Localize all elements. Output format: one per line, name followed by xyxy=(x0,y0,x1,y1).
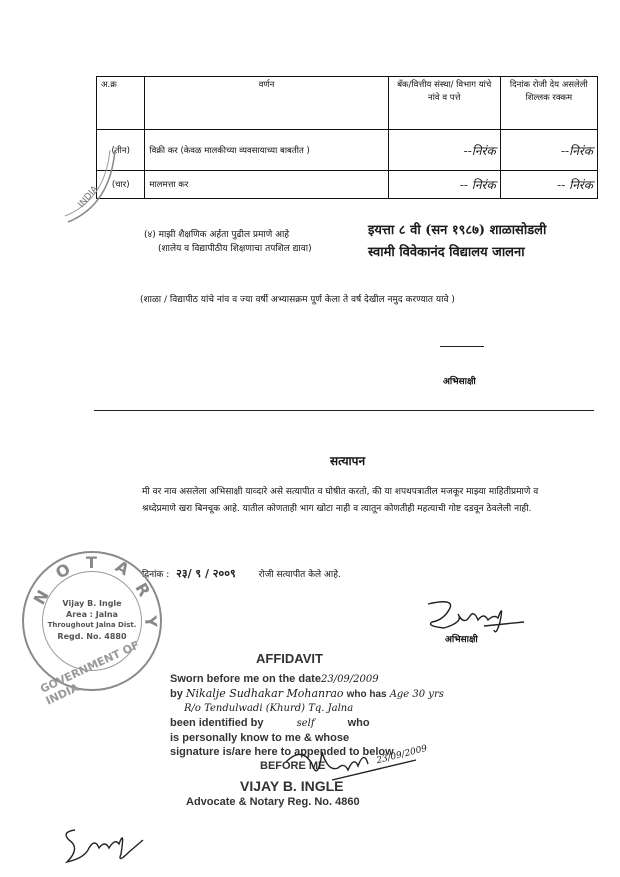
cell-institution: -- निरंक xyxy=(388,171,500,199)
notary-name: VIJAY B. INGLE xyxy=(240,778,343,794)
cell-description: मालमत्ता कर xyxy=(145,171,388,199)
signature-line xyxy=(440,346,484,347)
table-row: (चार) मालमत्ता कर -- निरंक -- निरंक xyxy=(97,171,598,199)
education-handwritten: इयत्ता ८ वी (सन १९८७) शाळासोडली स्वामी व… xyxy=(368,220,546,264)
deponent-address: R/o Tendulwadi (Khurd) Tq. Jalna xyxy=(184,702,430,716)
sworn-date: 23/09/2009 xyxy=(321,674,379,685)
cell-balance: -- निरंक xyxy=(500,171,597,199)
stamp-line: Throughout Jalna Dist. xyxy=(43,620,141,631)
verification-title: सत्यापन xyxy=(330,452,365,469)
deponent-signature xyxy=(424,592,534,640)
stamp-line: Regd. No. 4880 xyxy=(43,631,141,642)
notary-title: Advocate & Notary Reg. No. 4860 xyxy=(186,796,360,808)
stamp-inner: Vijay B. Ingle Area : Jalna Throughout J… xyxy=(42,571,142,671)
date-suffix: रोजी सत्यापीत केले आहे. xyxy=(259,570,341,580)
age-note: Age 30 yrs xyxy=(390,689,444,700)
header-institution: बँक/वित्तीय संस्था/ विभाग यांचे नांवे व … xyxy=(388,77,500,130)
verification-date: दिनांक : २३/ ९ / २००९ रोजी सत्यापीत केले… xyxy=(142,566,341,581)
stamp-letter: Y xyxy=(141,615,161,630)
stamp-letter: T xyxy=(86,553,99,572)
education-note: (शाळा / विद्यापीठ यांचे नांव व ज्या वर्ष… xyxy=(140,292,455,305)
notary-stamp: N O T A R Y GOVERNMENT OF INDIA Vijay B.… xyxy=(22,551,162,691)
svg-text:INDIA: INDIA xyxy=(77,184,101,210)
sworn-prefix: Sworn before me on the date xyxy=(170,673,321,685)
table-row: (तीन) विक्री कर (केवळ मालकीच्या व्यवसाया… xyxy=(97,130,598,171)
education-label-line2: (शालेय व विद्यापीठीय शिक्षणाचा तपशिल द्य… xyxy=(144,242,312,256)
header-serial: अ.क्र xyxy=(97,77,145,130)
identified-by: self xyxy=(297,718,315,729)
who-has: who has xyxy=(347,689,387,700)
cell-balance: --निरंक xyxy=(500,130,597,171)
verification-body: मी वर नाव असलेला अभिसाक्षी याव्दारे असे … xyxy=(142,484,562,518)
education-handwritten-line2: स्वामी विवेकानंद विद्यालय जालना xyxy=(368,242,546,264)
date-value: २३/ ९ / २००९ xyxy=(176,567,236,580)
cell-institution: --निरंक xyxy=(388,130,500,171)
header-description: वर्णन xyxy=(145,77,388,130)
sworn-line: Sworn before me on the date23/09/2009 xyxy=(170,672,430,687)
stamp-arc-fragment: INDIA xyxy=(60,150,120,230)
deponent-name: Nikalje Sudhakar Mohanrao xyxy=(186,687,344,700)
stamp-line: Vijay B. Ingle xyxy=(43,598,141,609)
deponent-label: अभिसाक्षी xyxy=(445,632,478,645)
table-header-row: अ.क्र वर्णन बँक/वित्तीय संस्था/ विभाग या… xyxy=(97,77,598,130)
affidavit-title: AFFIDAVIT xyxy=(256,651,323,666)
identified-prefix: been identified by xyxy=(170,717,264,729)
assets-table: अ.क्र वर्णन बँक/वित्तीय संस्था/ विभाग या… xyxy=(96,76,598,199)
who: who xyxy=(348,717,370,729)
identified-line: been identified by self who xyxy=(170,716,430,731)
education-label-line1: (४) माझी शैक्षणिक अर्हता पुढील प्रमाणे आ… xyxy=(144,228,312,242)
education-label: (४) माझी शैक्षणिक अर्हता पुढील प्रमाणे आ… xyxy=(144,228,312,256)
deponent-label: अभिसाक्षी xyxy=(443,374,476,387)
header-balance: दिनांक रोजी देय असलेली शिल्लक रक्कम xyxy=(500,77,597,130)
education-handwritten-line1: इयत्ता ८ वी (सन १९८७) शाळासोडली xyxy=(368,220,546,242)
stamp-line: Area : Jalna xyxy=(43,609,141,620)
cell-description: विक्री कर (केवळ मालकीच्या व्यवसायाच्या ब… xyxy=(145,130,388,171)
by-line: by Nikalje Sudhakar Mohanrao who has Age… xyxy=(170,687,430,702)
by-prefix: by xyxy=(170,688,183,700)
section-divider xyxy=(94,410,594,411)
deponent-signature-bottom xyxy=(55,818,155,868)
